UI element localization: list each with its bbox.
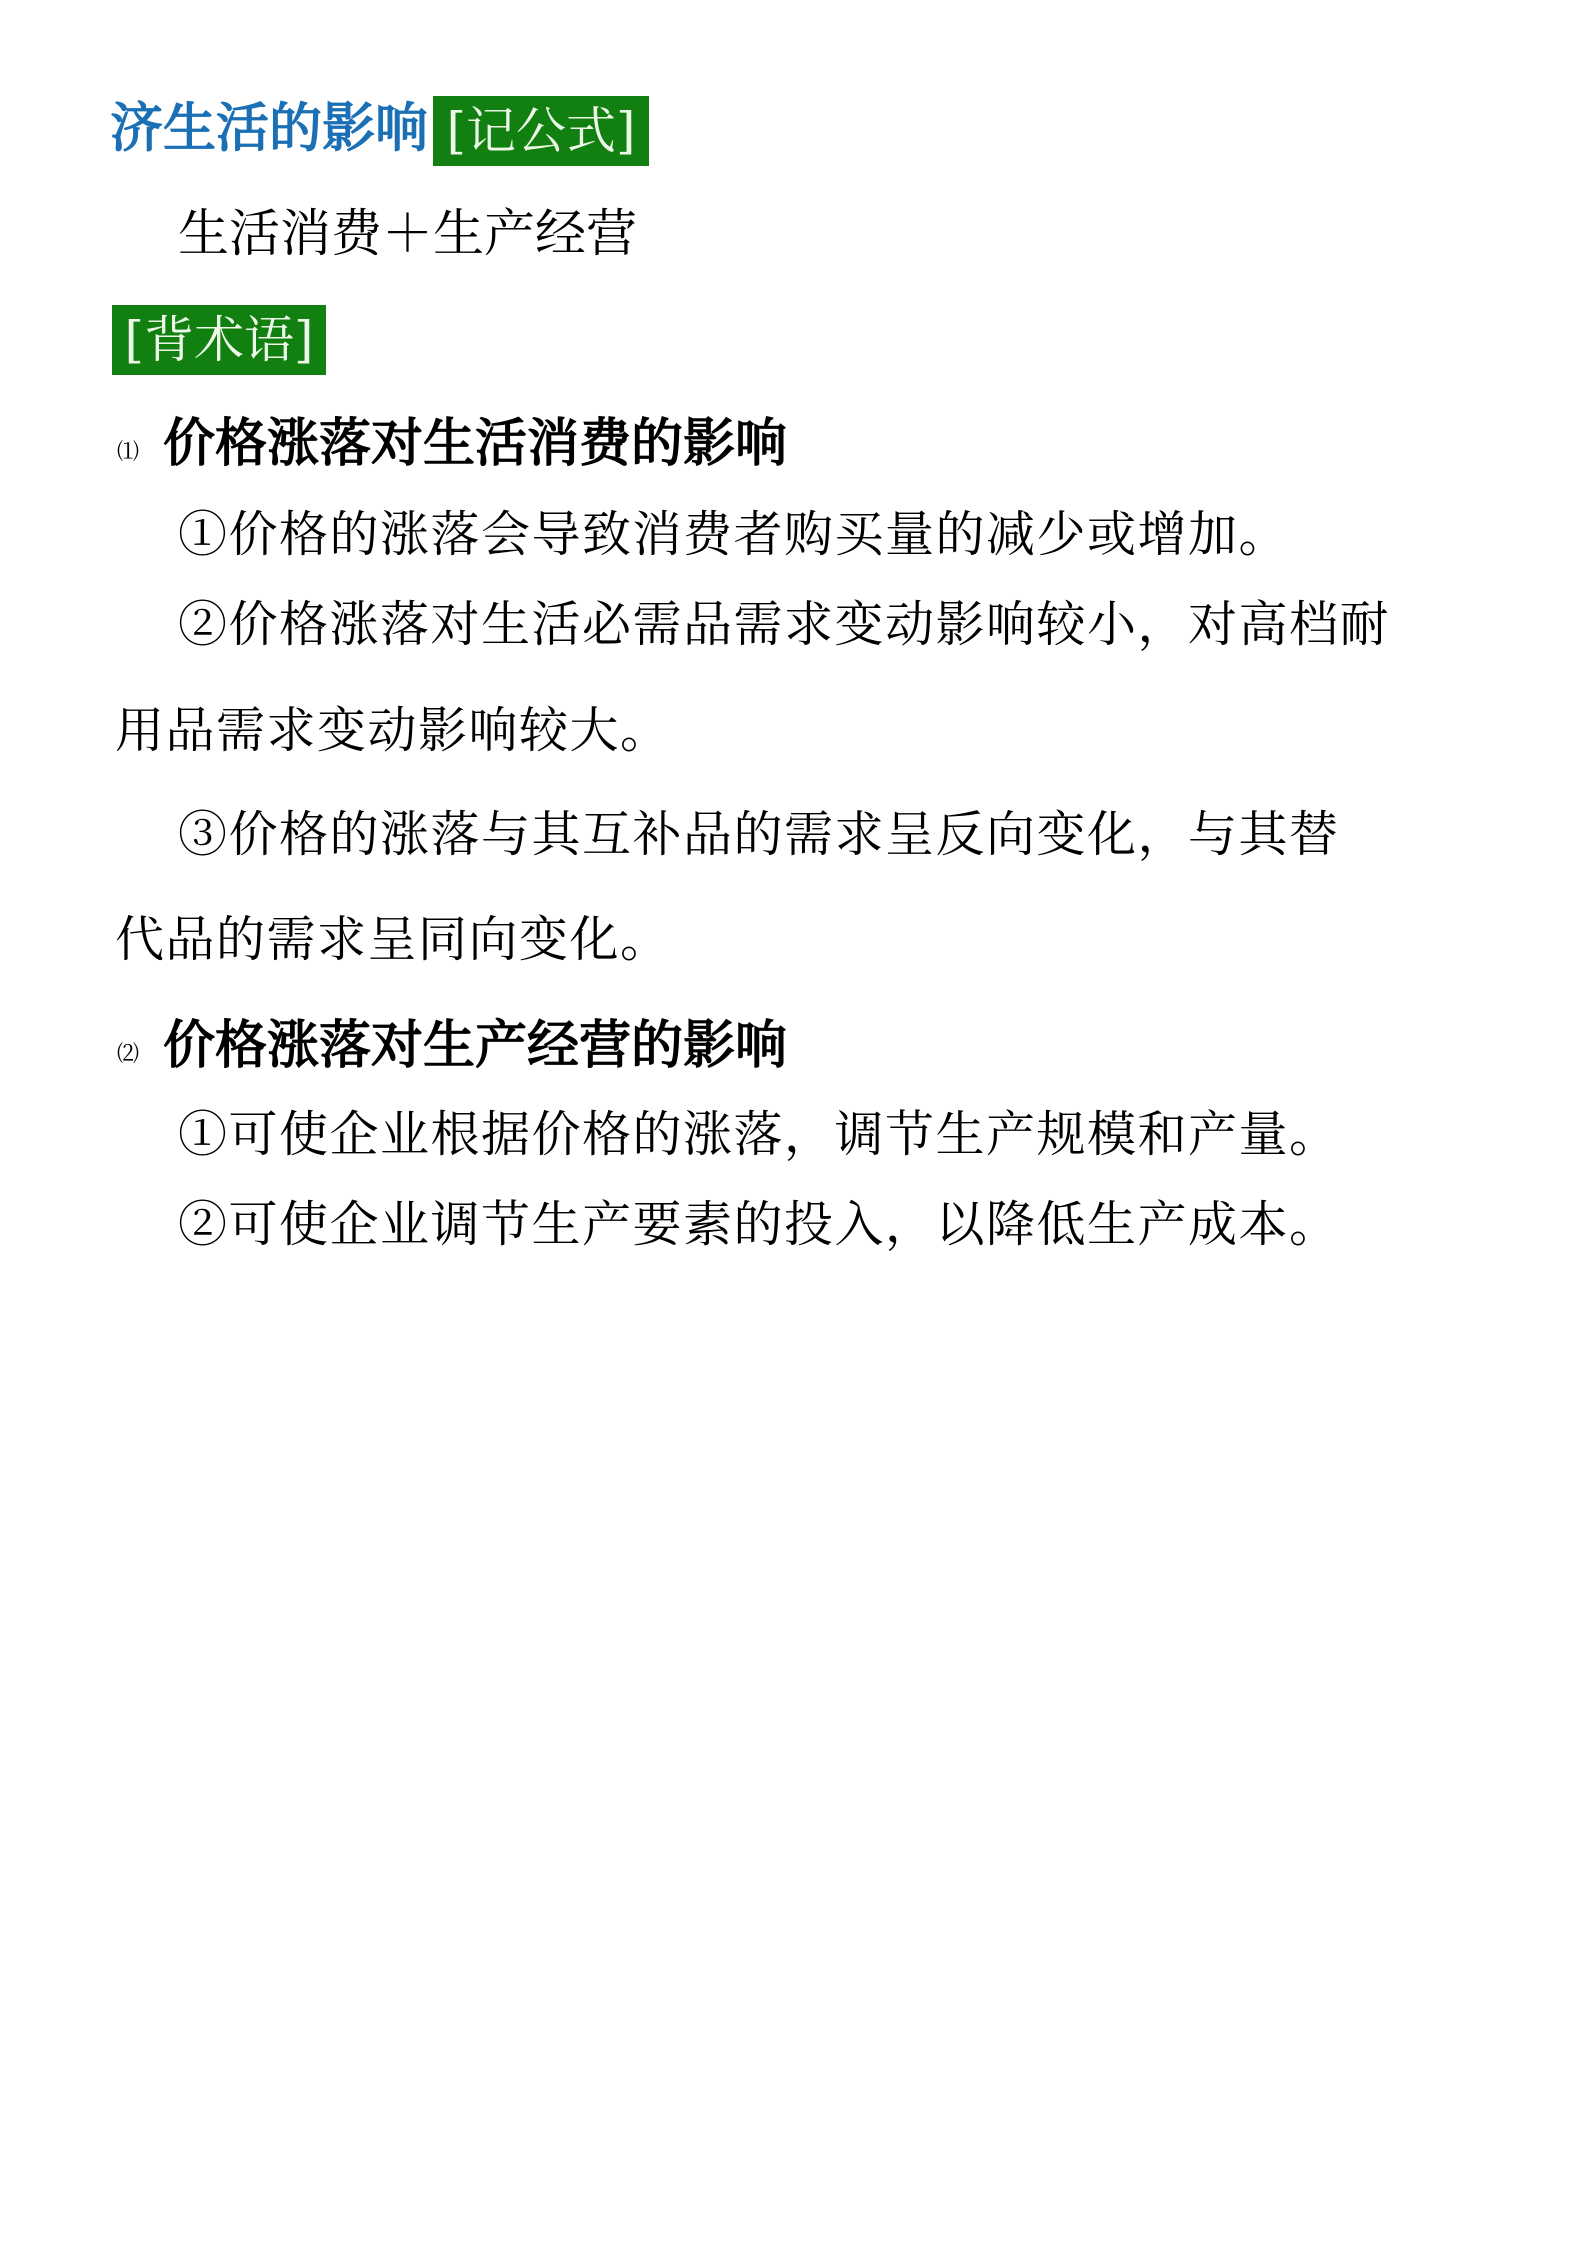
section-heading-title: 济生活的影响: [110, 102, 428, 155]
subsection-title: 价格涨落对生产经营的影响: [163, 1016, 787, 1076]
list-item: ①价格的涨落会导致消费者购买量的减少或增加。: [178, 510, 1289, 559]
list-item: ②可使企业调节生产要素的投入，以降低生产成本。: [178, 1200, 1340, 1249]
formula-tag-badge: [记公式]: [433, 96, 649, 166]
list-item: ③价格的涨落与其互补品的需求呈反向变化，与其替: [178, 810, 1340, 859]
subsection-title: 价格涨落对生活消费的影响: [163, 414, 787, 474]
formula-text: 生活消费＋生产经营: [178, 209, 637, 260]
subsection-heading-consumption: ⑴价格涨落对生活消费的影响: [117, 418, 787, 470]
list-item-continuation: 代品的需求呈同向变化。: [115, 915, 671, 964]
subsection-marker: ⑵: [117, 1044, 163, 1066]
list-item: ①可使企业根据价格的涨落，调节生产规模和产量。: [178, 1110, 1340, 1159]
recite-terms-tag-badge: [背术语]: [112, 305, 326, 375]
subsection-marker: ⑴: [117, 442, 163, 464]
list-item-continuation: 用品需求变动影响较大。: [115, 706, 671, 755]
list-item: ②价格涨落对生活必需品需求变动影响较小，对高档耐: [178, 600, 1390, 649]
subsection-heading-production: ⑵价格涨落对生产经营的影响: [117, 1020, 787, 1072]
